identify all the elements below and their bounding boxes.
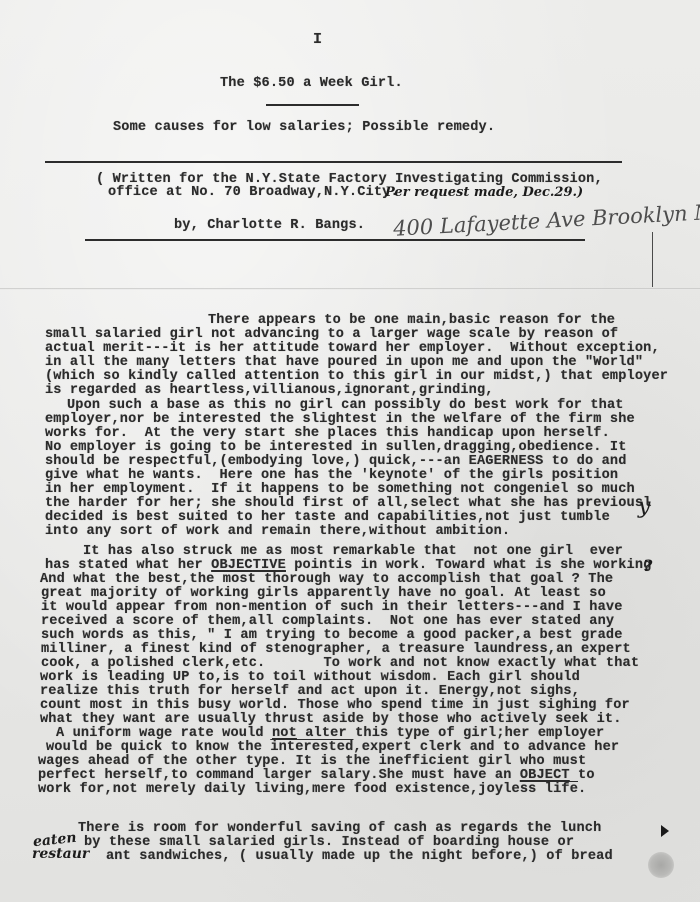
- handwritten-y: y: [638, 494, 650, 519]
- paragraph-3-line-6: received a score of them,all complaints.…: [41, 615, 614, 629]
- paragraph-2-line-10: into any sort of work and remain there,w…: [45, 525, 510, 539]
- paragraph-1-line-5: (which so kindly called attention to thi…: [45, 370, 668, 384]
- objective-underlined: OBJECTIVE: [211, 558, 286, 573]
- margin-arrow-mark: [661, 825, 669, 837]
- paragraph-2-line-1: Upon such a base as this no girl can pos…: [67, 399, 624, 413]
- life-overlined: life: [545, 782, 578, 797]
- text-span: ,expert clerk and to advance her: [353, 740, 619, 755]
- page-number: I: [313, 33, 322, 47]
- paragraph-2-line-6: give what he wants. Here one has the 'ke…: [45, 469, 618, 483]
- paragraph-4-line-4: perfect herself,to command larger salary…: [38, 769, 595, 783]
- paragraph-3-line-10: work is leading UP to,is to toil without…: [40, 671, 580, 685]
- handwritten-request-note: Per request made, Dec.29.): [385, 185, 583, 200]
- paragraph-2-line-7: in her employment. If it happens to be s…: [45, 483, 635, 497]
- paragraph-1-line-2: small salaried girl not advancing to a l…: [45, 328, 618, 342]
- text-span: A uniform wage rate would: [56, 726, 272, 741]
- byline: by, Charlotte R. Bangs.: [174, 219, 365, 233]
- paragraph-4-line-3: wages ahead of the other type. It is the…: [38, 755, 586, 769]
- ink-spot: [648, 852, 674, 878]
- paragraph-4-line-2: would be quick to know the interested,ex…: [46, 741, 619, 755]
- paragraph-5-line-3: ant sandwiches, ( usually made up the ni…: [106, 850, 613, 864]
- paragraph-2-line-5: should be respectful,(embodying love,) q…: [45, 455, 627, 469]
- paper-fold: [0, 288, 700, 290]
- paragraph-5-line-2: by these small salaried girls. Instead o…: [84, 836, 574, 850]
- title-rule: [266, 104, 359, 106]
- text-span: to: [570, 768, 595, 783]
- handwritten-question-mark: ?: [643, 556, 652, 575]
- handwritten-restaurant: restaur: [32, 846, 89, 862]
- paragraph-3-line-12: count most in this busy world. Those who…: [40, 699, 630, 713]
- document-title: The $6.50 a Week Girl.: [220, 77, 403, 91]
- paragraph-1-line-4: in all the many letters that have poured…: [45, 356, 643, 370]
- paragraph-1-line-6: is regarded as heartless,villianous,igno…: [45, 384, 494, 398]
- text-span: would be quick to know the: [46, 740, 270, 755]
- paragraph-4-line-1: A uniform wage rate would not alter this…: [56, 727, 604, 741]
- paragraph-4-line-5: work for,not merely daily living,mere fo…: [38, 783, 586, 797]
- pencil-line: [652, 232, 653, 287]
- text-span: has stated what her: [45, 558, 211, 573]
- paragraph-3-line-2: has stated what her OBJECTIVE pointis in…: [45, 559, 651, 573]
- interested-overlined: interested: [270, 740, 353, 755]
- paragraph-1-line-3: actual merit---it is her attitude toward…: [45, 342, 660, 356]
- text-span: perfect herself,to command larger salary…: [38, 768, 520, 783]
- paragraph-3-line-5: it would appear from non-mention of such…: [41, 601, 623, 615]
- text-span: work for,not merely daily living,mere fo…: [38, 782, 545, 797]
- paragraph-2-line-2: employer,nor be interested the slightest…: [45, 413, 635, 427]
- document-subtitle: Some causes for low salaries; Possible r…: [113, 121, 495, 135]
- header-rule-top: [45, 161, 622, 163]
- paragraph-3-line-9: cook, a polished clerk,etc. To work and …: [41, 657, 639, 671]
- text-span: pointis in work. Toward what is she work…: [286, 558, 652, 573]
- paragraph-2-line-3: works for. At the very start she places …: [45, 427, 610, 441]
- paragraph-3-line-8: milliner, a finest kind of stenographer,…: [41, 643, 631, 657]
- document-page: I The $6.50 a Week Girl. Some causes for…: [0, 0, 700, 902]
- header-rule-bottom: [85, 239, 585, 241]
- paragraph-2-line-4: No employer is going to be interested in…: [45, 441, 627, 455]
- object-underlined: OBJECT: [520, 768, 570, 783]
- written-for-line-2: office at No. 70 Broadway,N.Y.City.: [108, 186, 399, 200]
- paragraph-3-line-7: such words as this, " I am trying to bec…: [41, 629, 623, 643]
- paragraph-5-line-1: There is room for wonderful saving of ca…: [78, 822, 601, 836]
- not-underlined: not: [272, 726, 297, 741]
- paragraph-3-line-3: And what the best,the most thorough way …: [40, 573, 613, 587]
- paragraph-2-line-9: decided is best suited to her taste and …: [45, 511, 610, 525]
- paragraph-2-line-8: the harder for her; she should first of …: [45, 497, 651, 511]
- paragraph-3-line-11: realize this truth for herself and act u…: [40, 685, 580, 699]
- paragraph-3-line-13: what they want are usually thrust aside …: [40, 713, 622, 727]
- text-span: .: [578, 782, 586, 797]
- paragraph-3-line-1: It has also struck me as most remarkable…: [83, 545, 623, 559]
- handwritten-address: 400 Lafayette Ave Brooklyn NY: [393, 199, 700, 240]
- text-span: alter this type of girl;her employer: [297, 726, 604, 741]
- paragraph-3-line-4: great majority of working girls apparent…: [41, 587, 606, 601]
- paragraph-1-line-1: There appears to be one main,basic reaso…: [208, 314, 615, 328]
